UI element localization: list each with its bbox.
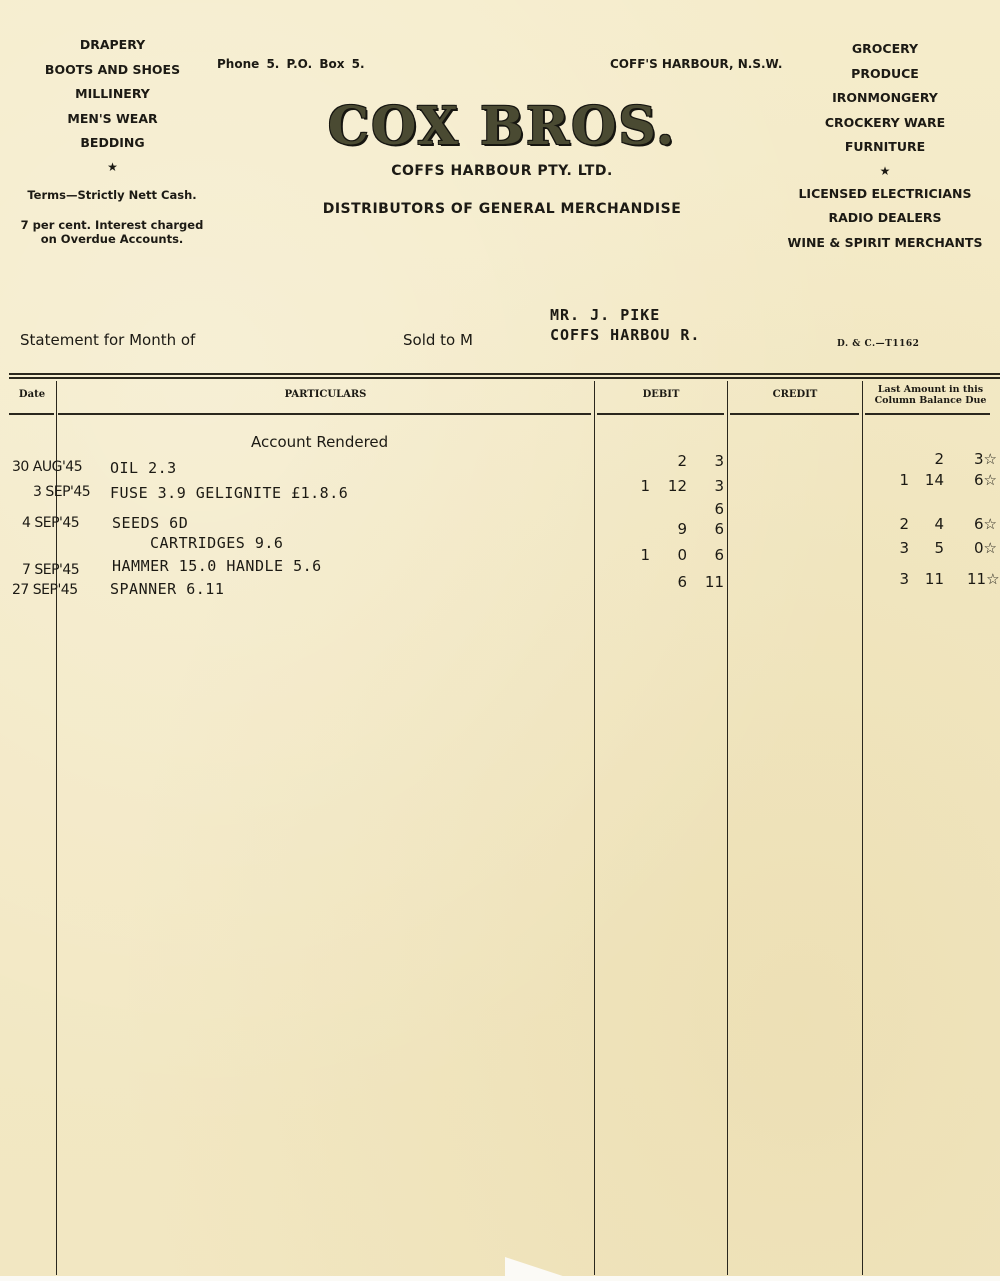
entry-particulars: SPANNER 6.11 bbox=[110, 580, 224, 598]
department: FURNITURE bbox=[770, 135, 1000, 160]
debit-shillings: 2 bbox=[657, 452, 687, 470]
location: COFF'S HARBOUR, N.S.W. bbox=[610, 57, 782, 71]
header-balance: Last Amount in this Column Balance Due bbox=[863, 384, 998, 406]
statement-month-label: Statement for Month of bbox=[20, 331, 195, 349]
star-icon: ★ bbox=[770, 160, 1000, 182]
header-underline-credit bbox=[730, 413, 859, 415]
debit-shillings: 0 bbox=[657, 546, 687, 564]
debit-pence: 3 bbox=[694, 477, 724, 495]
debit-pence: 6 bbox=[694, 500, 724, 518]
debit-pence: 3 bbox=[694, 452, 724, 470]
header-underline-debit bbox=[597, 413, 724, 415]
header-underline-balance bbox=[865, 413, 990, 415]
header-debit: DEBIT bbox=[595, 389, 727, 400]
header-underline-particulars bbox=[58, 413, 591, 415]
entry-date: 7 SEP'45 bbox=[22, 562, 79, 578]
entry-particulars: HAMMER 15.0 HANDLE 5.6 bbox=[112, 557, 322, 575]
header-particulars: PARTICULARS bbox=[57, 389, 594, 400]
departments-left: DRAPERY BOOTS AND SHOES MILLINERY MEN'S … bbox=[30, 33, 195, 178]
sold-to-label: Sold to M bbox=[403, 331, 473, 349]
department: DRAPERY bbox=[30, 33, 195, 58]
department: MEN'S WEAR bbox=[30, 107, 195, 132]
department: GROCERY bbox=[770, 37, 1000, 62]
balance-shillings: 5 bbox=[914, 539, 944, 557]
balance-pence: 6☆ bbox=[967, 471, 997, 489]
debit-shillings: 9 bbox=[657, 520, 687, 538]
balance-shillings: 14 bbox=[914, 471, 944, 489]
department: PRODUCE bbox=[770, 62, 1000, 87]
company-name: COFFS HARBOUR PTY. LTD. bbox=[300, 163, 704, 179]
customer-town: COFFS HARBOU R. bbox=[550, 325, 700, 345]
balance-pence: 6☆ bbox=[967, 515, 997, 533]
customer-address: MR. J. PIKE COFFS HARBOU R. bbox=[550, 305, 700, 345]
entry-date: 27 SEP'45 bbox=[12, 582, 78, 598]
department: IRONMONGERY bbox=[770, 86, 1000, 111]
balance-pence: 3☆ bbox=[967, 450, 997, 468]
tagline: DISTRIBUTORS OF GENERAL MERCHANDISE bbox=[270, 201, 734, 217]
debit-pounds: 1 bbox=[620, 477, 650, 495]
balance-shillings: 2 bbox=[914, 450, 944, 468]
header-rule-top bbox=[9, 373, 1000, 375]
debit-pence: 6 bbox=[694, 520, 724, 538]
entry-date: 3 SEP'45 bbox=[33, 484, 90, 500]
departments-right: GROCERY PRODUCE IRONMONGERY CROCKERY WAR… bbox=[770, 37, 1000, 255]
interest-line-2: on Overdue Accounts. bbox=[8, 232, 216, 246]
column-divider-debit bbox=[727, 381, 728, 1275]
entry-particulars: OIL 2.3 bbox=[110, 459, 177, 477]
balance-pence: 0☆ bbox=[967, 539, 997, 557]
header-balance-line-1: Last Amount in this bbox=[863, 384, 998, 395]
balance-pounds: 1 bbox=[879, 471, 909, 489]
header-rule-top-2 bbox=[9, 377, 1000, 379]
account-rendered: Account Rendered bbox=[251, 433, 388, 451]
balance-pounds: 2 bbox=[879, 515, 909, 533]
interest-line-1: 7 per cent. Interest charged bbox=[8, 218, 216, 232]
department: CROCKERY WARE bbox=[770, 111, 1000, 136]
header-underline-date bbox=[9, 413, 54, 415]
debit-pounds: 1 bbox=[620, 546, 650, 564]
entry-date: 30 AUG'45 bbox=[12, 459, 82, 475]
star-icon: ★ bbox=[30, 156, 195, 178]
service: LICENSED ELECTRICIANS bbox=[770, 182, 1000, 207]
contact-info: Phone 5. P.O. Box 5. bbox=[217, 57, 365, 71]
balance-shillings: 11 bbox=[914, 570, 944, 588]
brand-logo: COX BROS. bbox=[300, 97, 704, 157]
department: BOOTS AND SHOES bbox=[30, 58, 195, 83]
department: BEDDING bbox=[30, 131, 195, 156]
balance-shillings: 4 bbox=[914, 515, 944, 533]
debit-pence: 11 bbox=[694, 573, 724, 591]
column-divider-credit bbox=[862, 381, 863, 1275]
entry-particulars: SEEDS 6D bbox=[112, 514, 188, 532]
service: RADIO DEALERS bbox=[770, 206, 1000, 231]
header-date: Date bbox=[9, 389, 55, 400]
interest-notice: 7 per cent. Interest charged on Overdue … bbox=[8, 218, 216, 246]
department: MILLINERY bbox=[30, 82, 195, 107]
balance-pence: 11☆ bbox=[967, 570, 997, 588]
debit-pence: 6 bbox=[694, 546, 724, 564]
debit-shillings: 6 bbox=[657, 573, 687, 591]
header-credit: CREDIT bbox=[728, 389, 862, 400]
column-divider-particulars bbox=[594, 381, 595, 1275]
service: WINE & SPIRIT MERCHANTS bbox=[770, 231, 1000, 256]
entry-particulars: CARTRIDGES 9.6 bbox=[150, 534, 283, 552]
header-balance-line-2: Column Balance Due bbox=[863, 395, 998, 406]
debit-shillings: 12 bbox=[657, 477, 687, 495]
balance-pounds: 3 bbox=[879, 539, 909, 557]
printer-code: D. & C.—T1162 bbox=[837, 339, 919, 349]
entry-date: 4 SEP'45 bbox=[22, 515, 79, 531]
balance-pounds: 3 bbox=[879, 570, 909, 588]
payment-terms: Terms—Strictly Nett Cash. bbox=[8, 188, 216, 202]
entry-particulars: FUSE 3.9 GELIGNITE £1.8.6 bbox=[110, 484, 348, 502]
customer-name: MR. J. PIKE bbox=[550, 305, 700, 325]
